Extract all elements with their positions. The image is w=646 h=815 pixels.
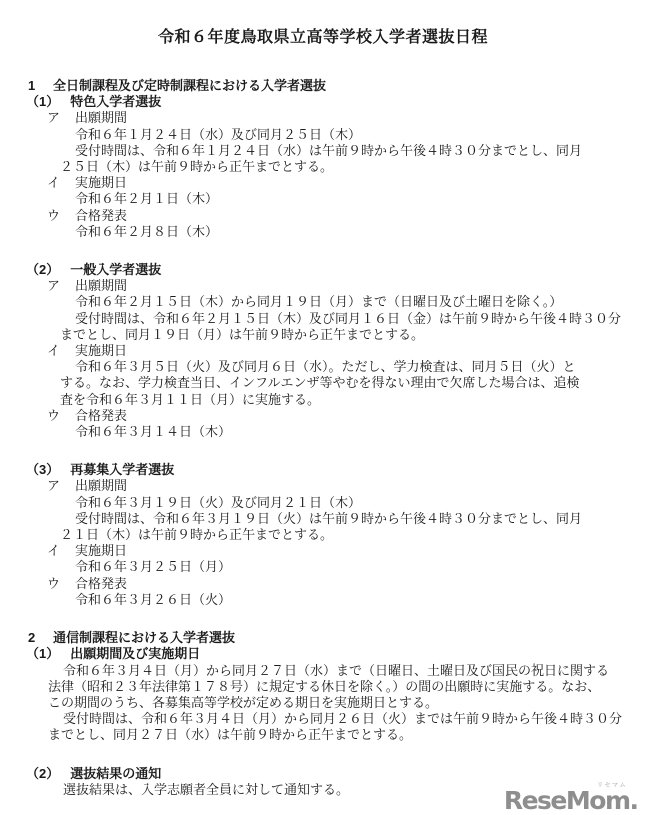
subsection-title: 再募集入学者選抜 bbox=[70, 462, 174, 477]
section-heading: 2通信制課程における入学者選抜 bbox=[0, 630, 646, 646]
item-label: 出願期間 bbox=[75, 478, 127, 493]
body-line: 受付時間は、令和６年３月４日（月）から同月２６日（火）までは午前９時から午後４時… bbox=[0, 711, 646, 727]
subsection-number: （3） bbox=[26, 462, 59, 477]
schedule-item-heading: ウ合格発表 bbox=[0, 208, 646, 224]
document-content: 1全日制課程及び定時制課程における入学者選抜（1）特色入学者選抜ア出願期間令和６… bbox=[0, 78, 646, 798]
subsection-heading: （3）再募集入学者選抜 bbox=[0, 462, 646, 478]
body-line: この期間のうち、各募集高等学校が定める期日を実施期日とする。 bbox=[0, 695, 646, 711]
subsection-heading: （1）特色入学者選抜 bbox=[0, 94, 646, 110]
item-label: 合格発表 bbox=[75, 208, 127, 223]
schedule-item-heading: イ実施期日 bbox=[0, 175, 646, 191]
item-marker: ウ bbox=[47, 576, 75, 592]
subsection-heading: （2）選抜結果の通知 bbox=[0, 766, 646, 782]
resemom-logo-furigana: リセマム bbox=[597, 783, 627, 789]
body-line: 受付時間は、令和６年２月１５日（木）及び同月１６日（金）は午前９時から午後４時３… bbox=[0, 311, 646, 327]
item-marker: ア bbox=[47, 478, 75, 494]
schedule-item-heading: イ実施期日 bbox=[0, 343, 646, 359]
document-title: 令和６年度鳥取県立高等学校入学者選抜日程 bbox=[0, 28, 646, 47]
section-number: 2 bbox=[28, 630, 53, 646]
subsection-number: （1） bbox=[26, 646, 59, 661]
body-line: 令和６年１月２４日（水）及び同月２５日（木） bbox=[0, 127, 646, 143]
resemom-logo-period: . bbox=[630, 786, 640, 815]
subsection-title: 出願期間及び実施期日 bbox=[70, 646, 200, 661]
body-line: 令和６年２月１５日（木）から同月１９日（月）まで（日曜日及び土曜日を除く。） bbox=[0, 294, 646, 310]
section-number: 1 bbox=[28, 78, 53, 94]
body-line: 受付時間は、令和６年１月２４日（水）は午前９時から午後４時３０分までとし、同月 bbox=[0, 143, 646, 159]
item-label: 実施期日 bbox=[75, 343, 127, 358]
item-label: 出願期間 bbox=[75, 110, 127, 125]
item-marker: ア bbox=[47, 278, 75, 294]
schedule-item-heading: ア出願期間 bbox=[0, 478, 646, 494]
item-label: 実施期日 bbox=[75, 175, 127, 190]
subsection-title: 一般入学者選抜 bbox=[70, 262, 161, 277]
subsection-number: （1） bbox=[26, 94, 59, 109]
schedule-item-heading: ウ合格発表 bbox=[0, 408, 646, 424]
item-label: 合格発表 bbox=[75, 576, 127, 591]
schedule-item-heading: イ実施期日 bbox=[0, 543, 646, 559]
body-line: 査を令和６年３月１１日（月）に実施する。 bbox=[0, 392, 646, 408]
subsection-number: （2） bbox=[26, 766, 59, 781]
resemom-logo: リセマムReseMom. bbox=[504, 788, 639, 813]
item-marker: ア bbox=[47, 110, 75, 126]
schedule-item-heading: ア出願期間 bbox=[0, 110, 646, 126]
subsection-title: 特色入学者選抜 bbox=[70, 94, 161, 109]
body-line: 令和６年３月２５日（月） bbox=[0, 559, 646, 575]
body-line: ２５日（木）は午前９時から正午までとする。 bbox=[0, 159, 646, 175]
body-line: する。なお、学力検査当日、インフルエンザ等やむを得ない理由で欠席した場合は、追検 bbox=[0, 375, 646, 391]
subsection-title: 選抜結果の通知 bbox=[70, 766, 161, 781]
body-line: ２１日（木）は午前９時から正午までとする。 bbox=[0, 527, 646, 543]
resemom-logo-text: ReseMom bbox=[504, 786, 630, 815]
section-title: 通信制課程における入学者選抜 bbox=[53, 630, 235, 645]
schedule-item-heading: ウ合格発表 bbox=[0, 576, 646, 592]
body-line: 令和６年３月１９日（火）及び同月２１日（木） bbox=[0, 495, 646, 511]
body-line: 法律（昭和２３年法律第１７８号）に規定する休日を除く。）の間の出願時に実施する。… bbox=[0, 679, 646, 695]
item-marker: ウ bbox=[47, 408, 75, 424]
body-line: 受付時間は、令和６年３月１９日（火）は午前９時から午後４時３０分までとし、同月 bbox=[0, 511, 646, 527]
body-line: までとし、同月２７日（水）は午前９時から正午までとする。 bbox=[0, 727, 646, 743]
body-line: 令和６年３月５日（火）及び同月６日（水）。ただし、学力検査は、同月５日（火）と bbox=[0, 359, 646, 375]
item-marker: イ bbox=[47, 543, 75, 559]
item-marker: イ bbox=[47, 343, 75, 359]
section-title: 全日制課程及び定時制課程における入学者選抜 bbox=[53, 78, 326, 93]
body-line: 令和６年３月２６日（火） bbox=[0, 592, 646, 608]
section-heading: 1全日制課程及び定時制課程における入学者選抜 bbox=[0, 78, 646, 94]
item-label: 出願期間 bbox=[75, 278, 127, 293]
schedule-item-heading: ア出願期間 bbox=[0, 278, 646, 294]
item-marker: イ bbox=[47, 175, 75, 191]
item-marker: ウ bbox=[47, 208, 75, 224]
body-line: までとし、同月１９日（月）は午前９時から正午までとする。 bbox=[0, 327, 646, 343]
body-line: 令和６年２月１日（木） bbox=[0, 191, 646, 207]
item-label: 実施期日 bbox=[75, 543, 127, 558]
subsection-heading: （2）一般入学者選抜 bbox=[0, 262, 646, 278]
body-line: 令和６年３月１４日（木） bbox=[0, 424, 646, 440]
subsection-number: （2） bbox=[26, 262, 59, 277]
item-label: 合格発表 bbox=[75, 408, 127, 423]
body-line: 令和６年３月４日（月）から同月２７日（水）まで（日曜日、土曜日及び国民の祝日に関… bbox=[0, 663, 646, 679]
page: 令和６年度鳥取県立高等学校入学者選抜日程 1全日制課程及び定時制課程における入学… bbox=[0, 0, 646, 815]
subsection-heading: （1）出願期間及び実施期日 bbox=[0, 646, 646, 662]
body-line: 令和６年２月８日（木） bbox=[0, 224, 646, 240]
